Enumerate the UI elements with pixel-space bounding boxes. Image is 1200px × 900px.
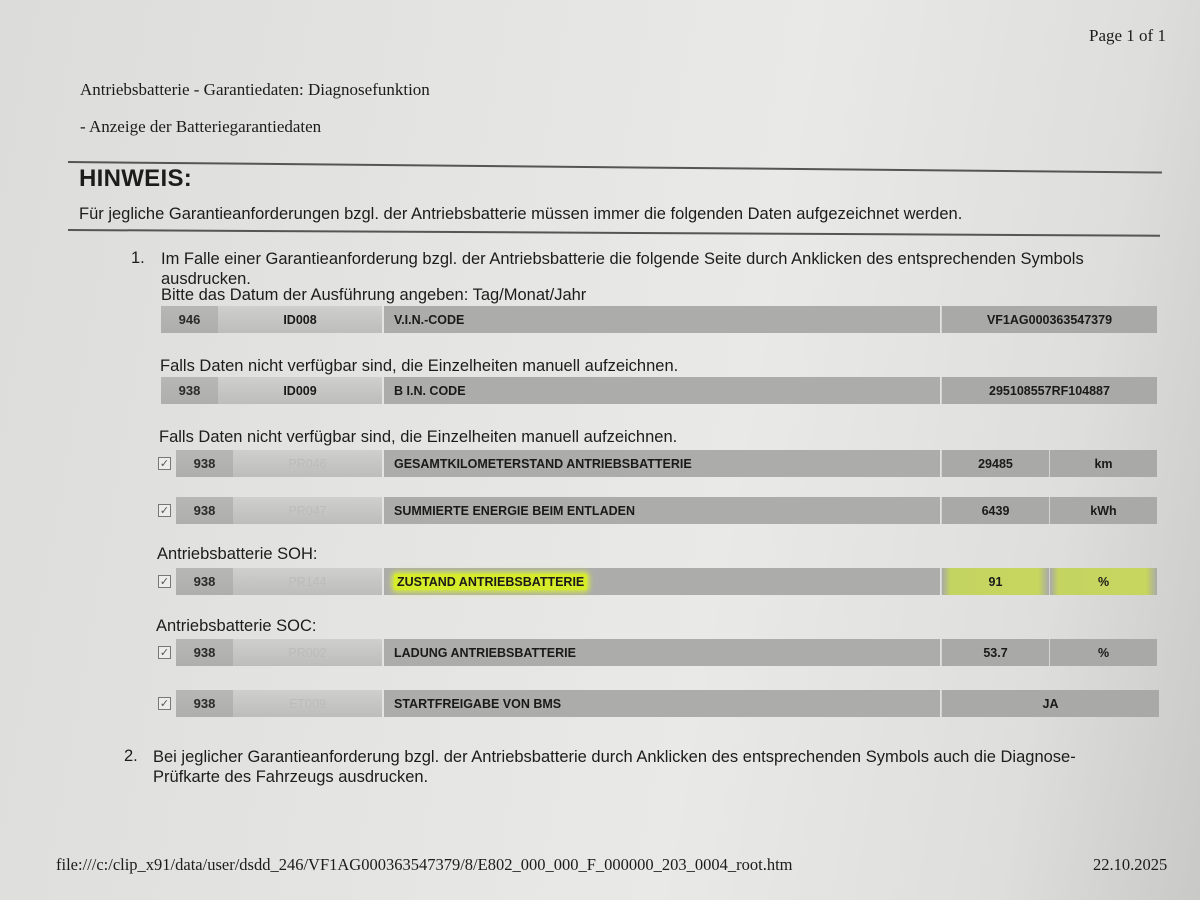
file-path: file:///c:/clip_x91/data/user/dsdd_246/V… <box>56 855 793 875</box>
row-label: V.I.N.-CODE <box>384 306 940 333</box>
row-value: 53.7 <box>941 639 1049 666</box>
row-code: PR144 <box>233 568 382 595</box>
manual-record-note: Falls Daten nicht verfügbar sind, die Ei… <box>159 428 677 447</box>
print-date: 22.10.2025 <box>1093 855 1167 875</box>
row-unit: kWh <box>1049 497 1157 524</box>
instruction-number: 1. <box>131 249 145 268</box>
row-value: 6439 <box>941 497 1049 524</box>
row-value: 29485 <box>941 450 1049 477</box>
table-row: ✓938ET009STARTFREIGABE VON BMSJA <box>0 690 1200 717</box>
row-label: LADUNG ANTRIEBSBATTERIE <box>384 639 940 666</box>
document-title: Antriebsbatterie - Garantiedaten: Diagno… <box>80 80 430 100</box>
divider <box>68 161 1162 173</box>
table-row: 938ID009B I.N. CODE295108557RF104887 <box>0 377 1200 404</box>
checkbox-icon[interactable]: ✓ <box>158 575 171 588</box>
row-label: STARTFREIGABE VON BMS <box>384 690 940 717</box>
table-row: ✓938PR047SUMMIERTE ENERGIE BEIM ENTLADEN… <box>0 497 1200 524</box>
row-label: GESAMTKILOMETERSTAND ANTRIEBSBATTERIE <box>384 450 940 477</box>
row-value: VF1AG000363547379 <box>941 306 1157 333</box>
divider <box>68 229 1160 236</box>
row-label-text: V.I.N.-CODE <box>394 313 464 327</box>
row-label-text: STARTFREIGABE VON BMS <box>394 697 561 711</box>
row-label-text: GESAMTKILOMETERSTAND ANTRIEBSBATTERIE <box>394 457 692 471</box>
page-indicator: Page 1 of 1 <box>1089 26 1166 46</box>
row-label: SUMMIERTE ENERGIE BEIM ENTLADEN <box>384 497 940 524</box>
row-code: PR002 <box>233 639 382 666</box>
row-code: ET009 <box>233 690 382 717</box>
row-label-text: SUMMIERTE ENERGIE BEIM ENTLADEN <box>394 504 635 518</box>
row-code: ID008 <box>218 306 382 333</box>
checkbox-icon[interactable]: ✓ <box>158 697 171 710</box>
row-number: 938 <box>176 450 233 477</box>
row-label: ZUSTAND ANTRIEBSBATTERIE <box>384 568 940 595</box>
manual-record-note: Falls Daten nicht verfügbar sind, die Ei… <box>160 357 678 376</box>
instruction-number: 2. <box>124 747 138 766</box>
row-number: 938 <box>161 377 218 404</box>
date-hint: Bitte das Datum der Ausführung angeben: … <box>161 286 586 305</box>
instruction-text: Bei jeglicher Garantieanforderung bzgl. … <box>153 747 1113 787</box>
row-label-text: ZUSTAND ANTRIEBSBATTERIE <box>394 574 587 590</box>
soc-label: Antriebsbatterie SOC: <box>156 617 317 636</box>
row-value: 91 <box>941 568 1049 595</box>
checkbox-icon[interactable]: ✓ <box>158 457 171 470</box>
table-row: ✓938PR002LADUNG ANTRIEBSBATTERIE53.7% <box>0 639 1200 666</box>
table-row: ✓938PR046GESAMTKILOMETERSTAND ANTRIEBSBA… <box>0 450 1200 477</box>
checkbox-icon[interactable]: ✓ <box>158 646 171 659</box>
table-row: 946ID008V.I.N.-CODEVF1AG000363547379 <box>0 306 1200 333</box>
row-value: 295108557RF104887 <box>941 377 1157 404</box>
row-number: 938 <box>176 690 233 717</box>
row-unit: % <box>1049 639 1157 666</box>
row-code: ID009 <box>218 377 382 404</box>
checkbox-icon[interactable]: ✓ <box>158 504 171 517</box>
row-number: 938 <box>176 639 233 666</box>
row-number: 938 <box>176 568 233 595</box>
table-row: ✓938PR144ZUSTAND ANTRIEBSBATTERIE91% <box>0 568 1200 595</box>
document-subtitle: - Anzeige der Batteriegarantiedaten <box>80 117 321 137</box>
notice-heading: HINWEIS: <box>79 165 192 193</box>
row-unit: % <box>1049 568 1157 595</box>
row-code: PR046 <box>233 450 382 477</box>
row-value: JA <box>941 690 1159 717</box>
row-label-text: B I.N. CODE <box>394 384 466 398</box>
row-number: 938 <box>176 497 233 524</box>
row-number: 946 <box>161 306 218 333</box>
row-code: PR047 <box>233 497 382 524</box>
notice-text: Für jegliche Garantieanforderungen bzgl.… <box>79 205 962 224</box>
row-label-text: LADUNG ANTRIEBSBATTERIE <box>394 646 576 660</box>
row-label: B I.N. CODE <box>384 377 940 404</box>
instruction-text: Im Falle einer Garantieanforderung bzgl.… <box>161 249 1121 289</box>
soh-label: Antriebsbatterie SOH: <box>157 545 318 564</box>
row-unit: km <box>1049 450 1157 477</box>
